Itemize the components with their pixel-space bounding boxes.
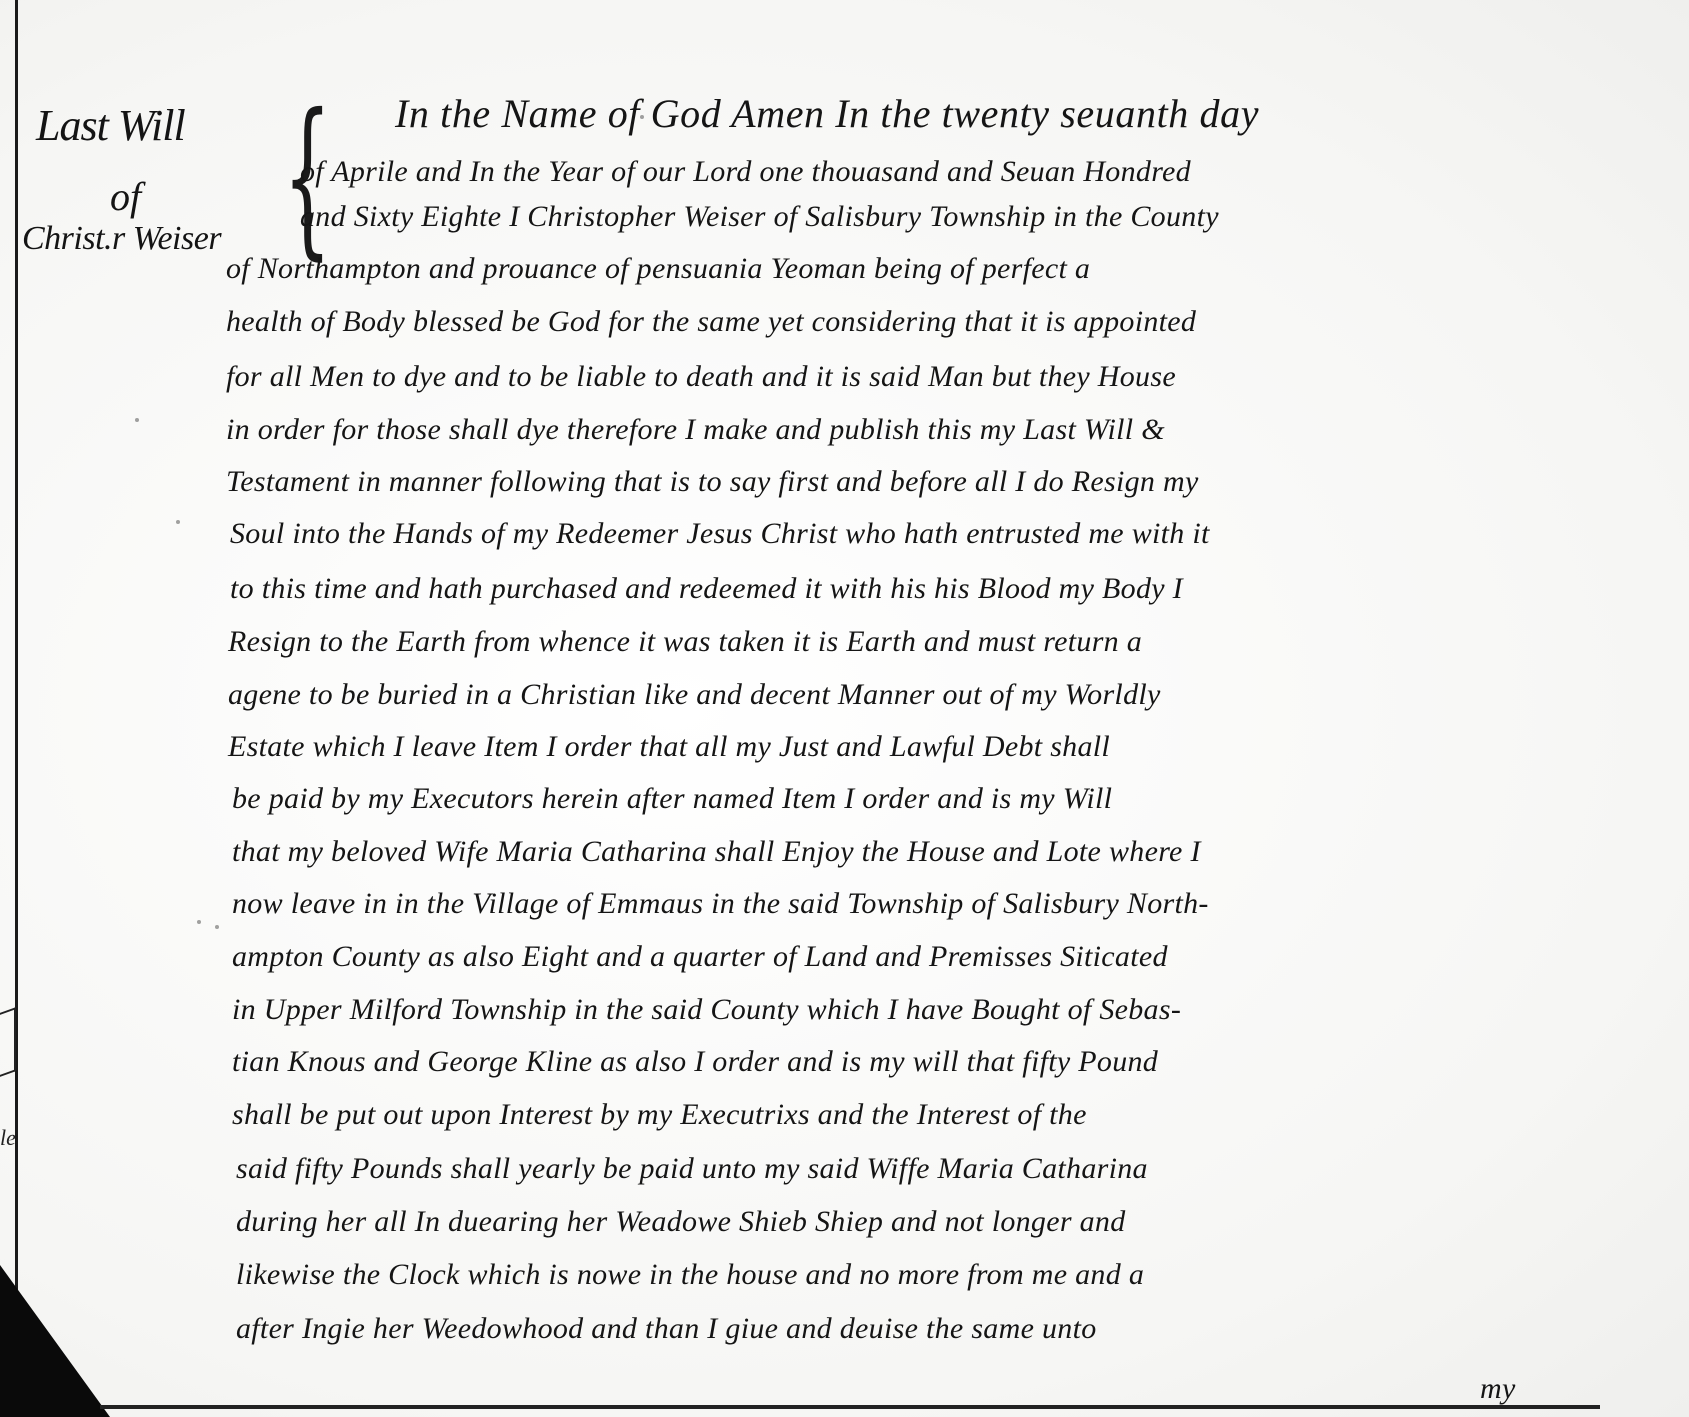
adjacent-page-fragment [0, 1007, 16, 1077]
text-line-22: during her all In duearing her Weadowe S… [236, 1205, 1126, 1239]
text-line-15: that my beloved Wife Maria Catharina sha… [232, 835, 1201, 869]
text-line-17: ampton County as also Eight and a quarte… [232, 940, 1168, 974]
scan-corner-shadow [0, 1265, 110, 1417]
ink-speck [197, 920, 201, 924]
text-line-20: shall be put out upon Interest by my Exe… [232, 1098, 1087, 1132]
will-body-text: In the Name of God Amen In the twenty se… [0, 0, 1689, 1417]
text-line-24: after Ingie her Weedowhood and than I gi… [236, 1312, 1097, 1346]
text-line-2: of Aprile and In the Year of our Lord on… [300, 155, 1191, 189]
text-line-18: in Upper Milford Township in the said Co… [232, 993, 1181, 1027]
text-line-16: now leave in in the Village of Emmaus in… [232, 887, 1209, 921]
text-line-5: health of Body blessed be God for the sa… [226, 305, 1196, 339]
text-line-19: tian Knous and George Kline as also I or… [232, 1045, 1158, 1079]
text-line-23: likewise the Clock which is nowe in the … [236, 1258, 1144, 1292]
text-line-4: of Northampton and prouance of pensuania… [226, 252, 1090, 286]
ink-speck [215, 925, 219, 929]
text-line-25-catchword: my [1480, 1372, 1516, 1406]
text-line-13: Estate which I leave Item I order that a… [228, 730, 1110, 764]
ink-speck [640, 115, 644, 119]
ink-speck [176, 520, 180, 524]
adjacent-page-letters: le [0, 1125, 16, 1151]
text-line-14: be paid by my Executors herein after nam… [232, 782, 1112, 816]
text-line-3: and Sixty Eighte I Christopher Weiser of… [300, 200, 1219, 234]
text-line-6: for all Men to dye and to be liable to d… [226, 360, 1176, 394]
text-line-12: agene to be buried in a Christian like a… [228, 678, 1161, 712]
text-line-7: in order for those shall dye therefore I… [226, 413, 1165, 447]
document-page: Last Will of Christ.r Weiser { In the Na… [0, 0, 1689, 1417]
text-line-21: said fifty Pounds shall yearly be paid u… [236, 1152, 1148, 1186]
text-line-10: to this time and hath purchased and rede… [230, 572, 1183, 606]
text-line-11: Resign to the Earth from whence it was t… [228, 625, 1142, 659]
text-line-9: Soul into the Hands of my Redeemer Jesus… [230, 517, 1210, 551]
text-line-1: In the Name of God Amen In the twenty se… [395, 90, 1259, 137]
ink-speck [135, 418, 139, 422]
bottom-page-edge [100, 1405, 1600, 1409]
text-line-8: Testament in manner following that is to… [226, 465, 1199, 499]
